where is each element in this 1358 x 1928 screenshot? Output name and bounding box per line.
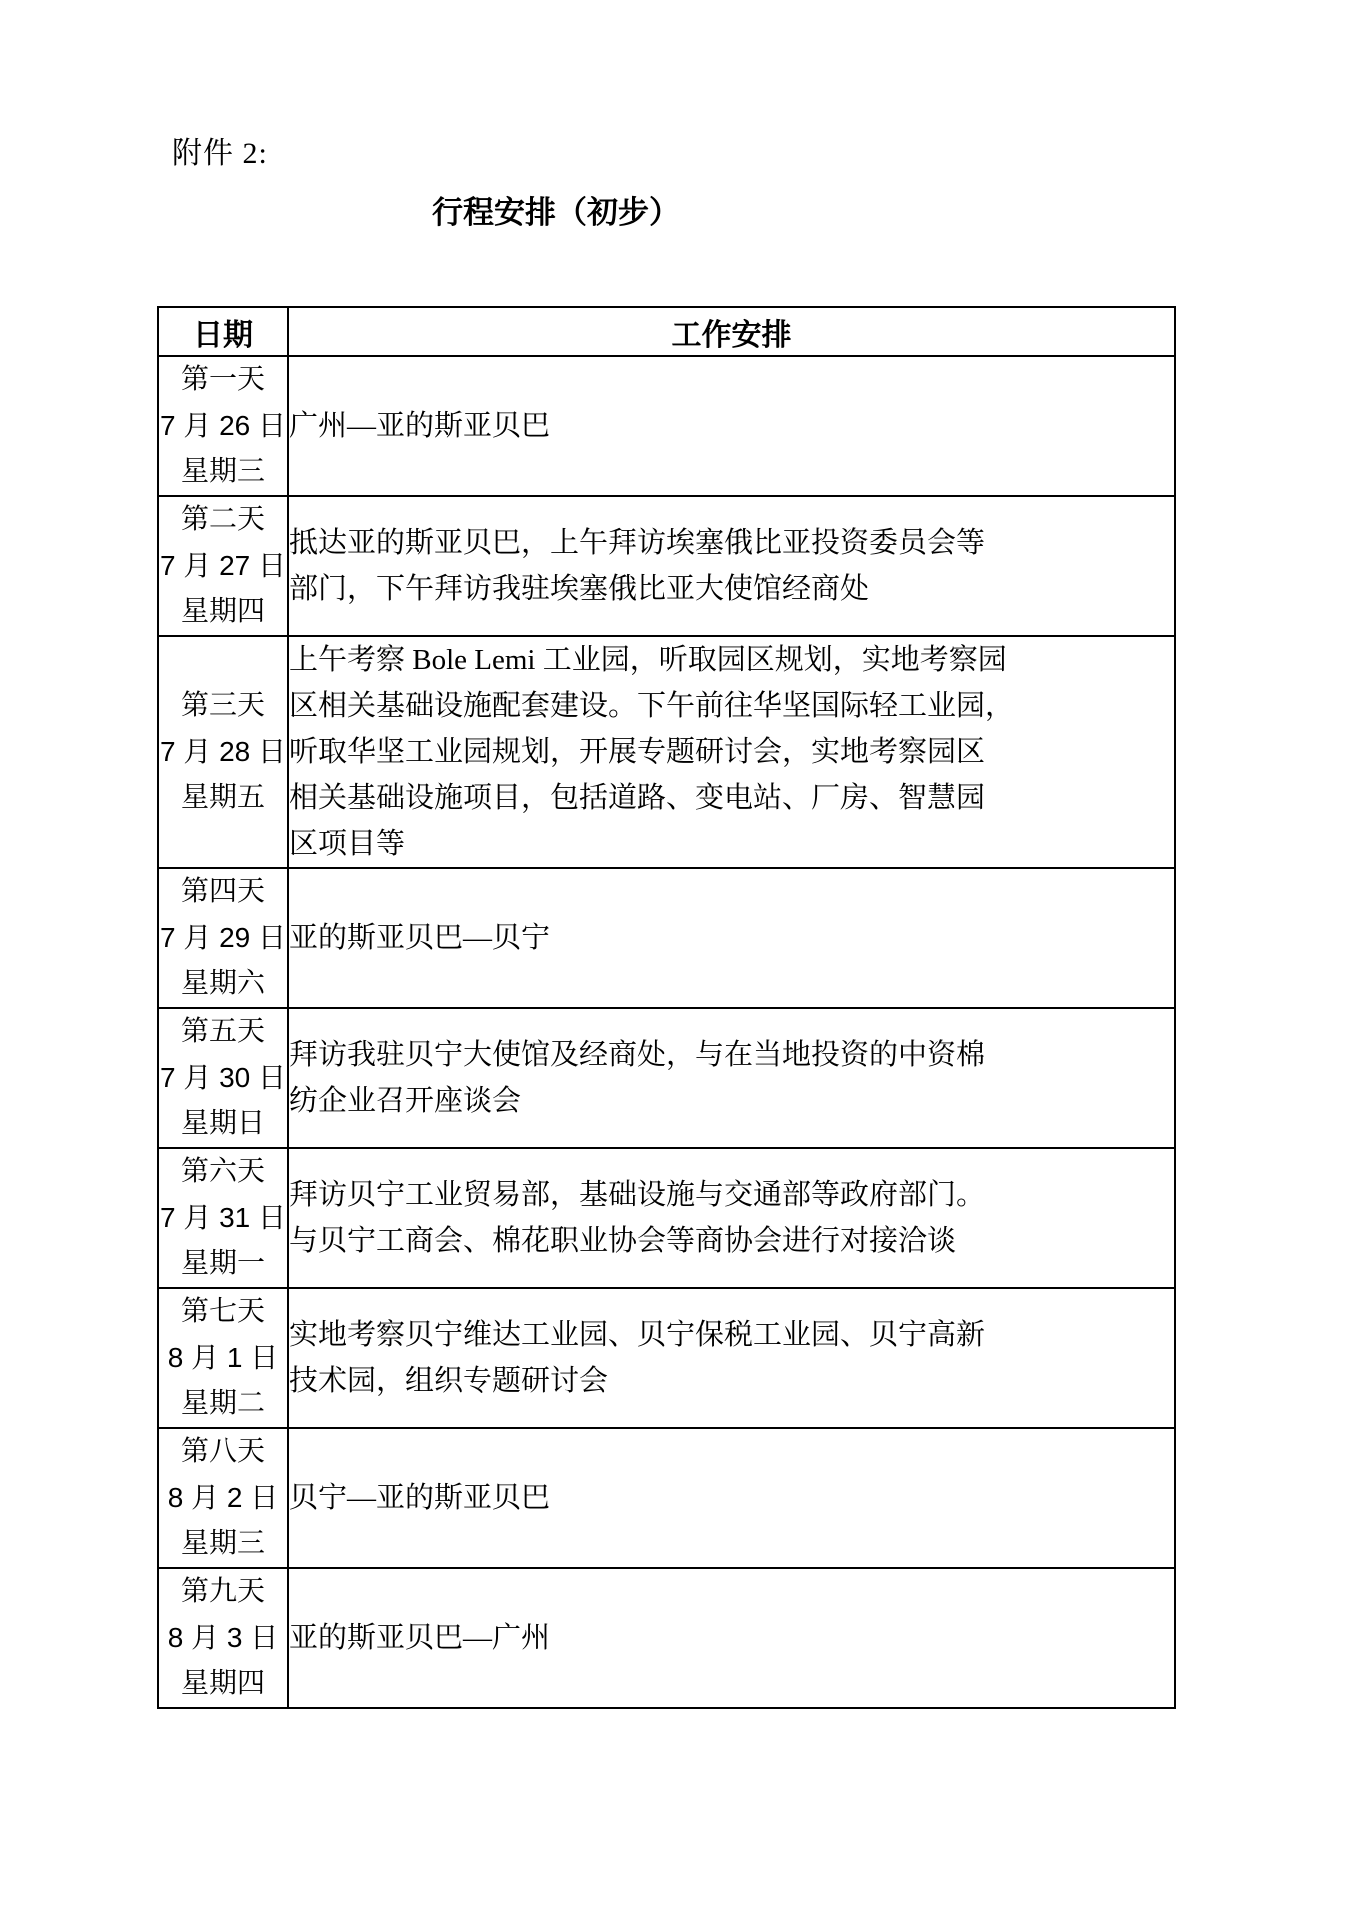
day-label: 第七天	[159, 1289, 287, 1335]
date-label: 8 月 1 日	[159, 1335, 287, 1381]
day-label: 第五天	[159, 1009, 287, 1055]
work-cell: 抵达亚的斯亚贝巴，上午拜访埃塞俄比亚投资委员会等 部门，下午拜访我驻埃塞俄比亚大…	[288, 496, 1175, 636]
attachment-label: 附件 2:	[172, 134, 268, 174]
date-label: 8 月 3 日	[159, 1615, 287, 1661]
date-cell: 第六天 7 月 31 日 星期一	[158, 1148, 288, 1288]
table-row: 第六天 7 月 31 日 星期一 拜访贝宁工业贸易部，基础设施与交通部等政府部门…	[158, 1148, 1175, 1288]
date-cell: 第八天 8 月 2 日 星期三	[158, 1428, 288, 1568]
date-cell: 第五天 7 月 30 日 星期日	[158, 1008, 288, 1148]
day-label: 第四天	[159, 869, 287, 915]
work-cell: 拜访我驻贝宁大使馆及经商处，与在当地投资的中资棉 纺企业召开座谈会	[288, 1008, 1175, 1148]
weekday-label: 星期四	[159, 589, 287, 635]
weekday-label: 星期四	[159, 1661, 287, 1707]
day-label: 第九天	[159, 1569, 287, 1615]
work-cell: 贝宁—亚的斯亚贝巴	[288, 1428, 1175, 1568]
document-page: 附件 2: 行程安排（初步） 日期 工作安排 第一天 7 月 26 日 星期三 …	[0, 0, 1358, 1928]
table-header-row: 日期 工作安排	[158, 307, 1175, 356]
table-row: 第三天 7 月 28 日 星期五 上午考察 Bole Lemi 工业园，听取园区…	[158, 636, 1175, 868]
date-cell: 第七天 8 月 1 日 星期二	[158, 1288, 288, 1428]
day-label: 第一天	[159, 357, 287, 403]
work-cell: 亚的斯亚贝巴—广州	[288, 1568, 1175, 1708]
day-label: 第二天	[159, 497, 287, 543]
weekday-label: 星期五	[159, 775, 287, 821]
date-cell: 第九天 8 月 3 日 星期四	[158, 1568, 288, 1708]
table-row: 第八天 8 月 2 日 星期三 贝宁—亚的斯亚贝巴	[158, 1428, 1175, 1568]
day-label: 第三天	[159, 683, 287, 729]
work-cell: 广州—亚的斯亚贝巴	[288, 356, 1175, 496]
table-row: 第一天 7 月 26 日 星期三 广州—亚的斯亚贝巴	[158, 356, 1175, 496]
work-cell: 上午考察 Bole Lemi 工业园，听取园区规划，实地考察园 区相关基础设施配…	[288, 636, 1175, 868]
weekday-label: 星期二	[159, 1381, 287, 1427]
date-label: 7 月 31 日	[159, 1195, 287, 1241]
date-label: 7 月 28 日	[159, 729, 287, 775]
header-date: 日期	[158, 307, 288, 356]
weekday-label: 星期三	[159, 1521, 287, 1567]
date-label: 7 月 26 日	[159, 403, 287, 449]
table-row: 第五天 7 月 30 日 星期日 拜访我驻贝宁大使馆及经商处，与在当地投资的中资…	[158, 1008, 1175, 1148]
day-label: 第六天	[159, 1149, 287, 1195]
table-row: 第七天 8 月 1 日 星期二 实地考察贝宁维达工业园、贝宁保税工业园、贝宁高新…	[158, 1288, 1175, 1428]
table-row: 第九天 8 月 3 日 星期四 亚的斯亚贝巴—广州	[158, 1568, 1175, 1708]
weekday-label: 星期日	[159, 1101, 287, 1147]
weekday-label: 星期一	[159, 1241, 287, 1287]
work-cell: 亚的斯亚贝巴—贝宁	[288, 868, 1175, 1008]
date-label: 7 月 27 日	[159, 543, 287, 589]
date-cell: 第二天 7 月 27 日 星期四	[158, 496, 288, 636]
date-label: 8 月 2 日	[159, 1475, 287, 1521]
work-cell: 实地考察贝宁维达工业园、贝宁保税工业园、贝宁高新 技术园，组织专题研讨会	[288, 1288, 1175, 1428]
page-title: 行程安排（初步）	[0, 192, 1112, 234]
header-work: 工作安排	[288, 307, 1175, 356]
date-label: 7 月 29 日	[159, 915, 287, 961]
date-label: 7 月 30 日	[159, 1055, 287, 1101]
date-cell: 第一天 7 月 26 日 星期三	[158, 356, 288, 496]
weekday-label: 星期三	[159, 449, 287, 495]
date-cell: 第三天 7 月 28 日 星期五	[158, 636, 288, 868]
table-row: 第四天 7 月 29 日 星期六 亚的斯亚贝巴—贝宁	[158, 868, 1175, 1008]
table-row: 第二天 7 月 27 日 星期四 抵达亚的斯亚贝巴，上午拜访埃塞俄比亚投资委员会…	[158, 496, 1175, 636]
work-cell: 拜访贝宁工业贸易部，基础设施与交通部等政府部门。 与贝宁工商会、棉花职业协会等商…	[288, 1148, 1175, 1288]
date-cell: 第四天 7 月 29 日 星期六	[158, 868, 288, 1008]
itinerary-table: 日期 工作安排 第一天 7 月 26 日 星期三 广州—亚的斯亚贝巴 第二天 7…	[157, 306, 1176, 1709]
weekday-label: 星期六	[159, 961, 287, 1007]
day-label: 第八天	[159, 1429, 287, 1475]
